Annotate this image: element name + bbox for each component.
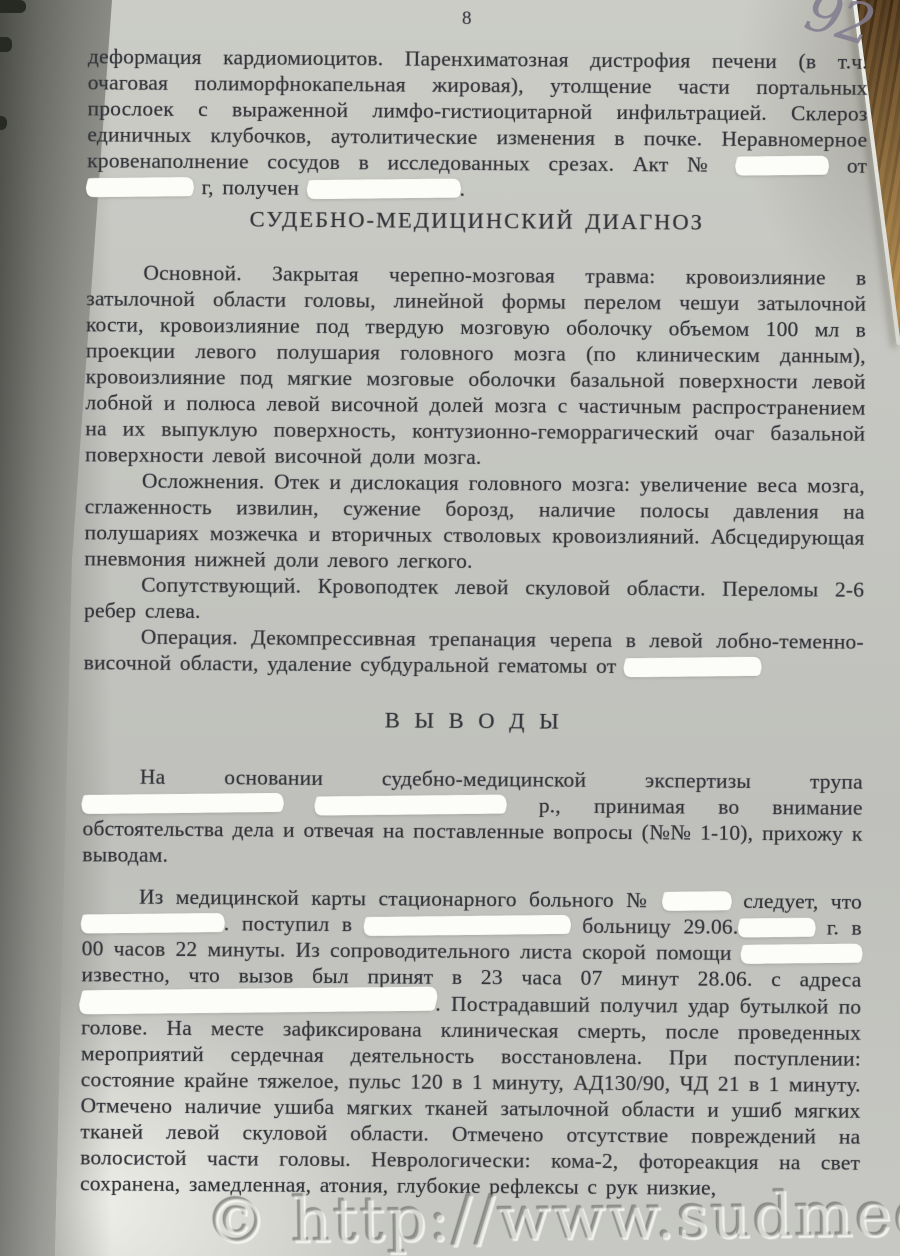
document-photo: 8 92 деформация кардиомиоцитов. Паренхим… <box>0 0 900 1256</box>
corner-mark <box>0 37 12 52</box>
paragraph-medical-record: Из медицинской карты стационарного больн… <box>80 883 862 1201</box>
document-body: деформация кардиомиоцитов. Паренхиматозн… <box>80 43 868 1201</box>
conclusions-heading: В Ы В О Д Ы <box>83 705 863 736</box>
text-run: известно, что вызов был принят в 23 часа… <box>81 962 861 991</box>
redaction-mark <box>78 987 439 1015</box>
text-run: . Пострадавший получил удар бутылкой по … <box>80 992 861 1200</box>
text-run: Из медицинской карты стационарного больн… <box>139 885 651 913</box>
redaction-mark <box>734 156 831 176</box>
text-run: На основании судебно-медицинской эксперт… <box>140 765 863 794</box>
text-run: . <box>460 177 466 201</box>
redaction-mark <box>85 177 196 197</box>
text-run: больницу 29.06. <box>582 914 738 939</box>
paragraph-concomitant: Сопутствующий. Кровоподтек левой скулово… <box>84 571 864 628</box>
watermark: © http://www.sudmed.ru <box>205 1176 900 1256</box>
paragraph-operation: Операция. Декомпрессивная трепанация чер… <box>84 623 864 680</box>
text-run: от <box>847 154 867 178</box>
paragraph-pathology: деформация кардиомиоцитов. Паренхиматозн… <box>87 43 868 204</box>
redaction-mark <box>80 793 285 814</box>
text-run: следует, что <box>743 889 862 914</box>
redaction-mark <box>660 891 733 911</box>
paragraph-conclusions-intro: На основании судебно-медицинской эксперт… <box>82 763 863 872</box>
redaction-mark <box>622 657 763 677</box>
redaction-mark <box>313 795 508 816</box>
paragraph-complications: Осложнения. Отек и дислокация головного … <box>84 467 865 576</box>
redaction-mark <box>736 918 817 938</box>
redaction-mark <box>79 913 226 933</box>
diagnosis-heading: СУДЕБНО-МЕДИЦИНСКИЙ ДИАГНОЗ <box>87 205 867 236</box>
text-run: г, получен <box>202 175 300 200</box>
redaction-mark <box>362 915 572 936</box>
paragraph-main-diagnosis: Основной. Закрытая черепно-мозговая трав… <box>85 259 866 472</box>
corner-mark <box>0 0 26 13</box>
redaction-mark <box>739 944 864 964</box>
text-run: . поступил в <box>224 911 353 936</box>
redaction-mark <box>305 179 462 200</box>
page-number: 8 <box>462 8 472 30</box>
